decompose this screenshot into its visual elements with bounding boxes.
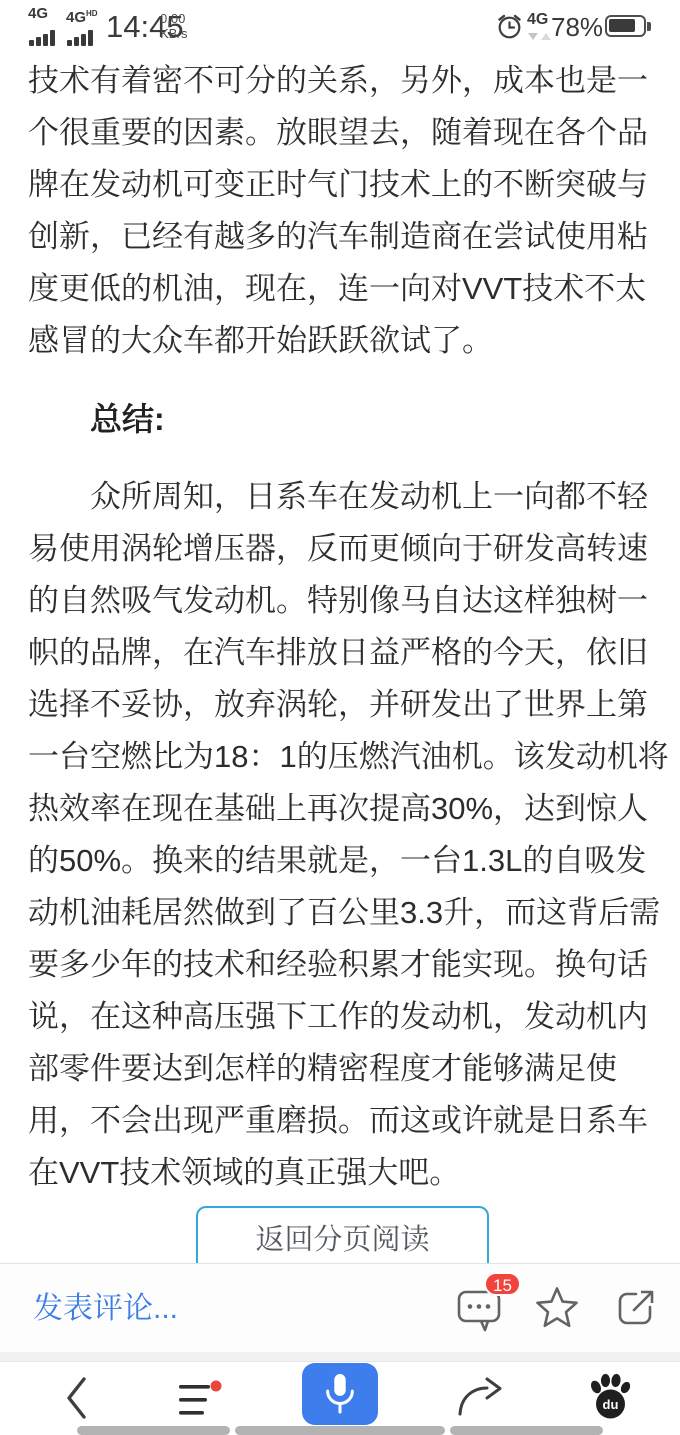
gesture-bar-right[interactable]: [450, 1426, 603, 1435]
favorite-star-icon[interactable]: [534, 1284, 580, 1335]
article-line: 帜的品牌，在汽车排放日益严格的今天，依旧: [28, 627, 652, 679]
paragraph-1: 技术有着密不可分的关系，另外，成本也是一 个很重要的因素。放眼望去，随着现在各个…: [28, 55, 652, 367]
article-line: 技术有着密不可分的关系，另外，成本也是一: [28, 55, 652, 107]
article-line: 一台空燃比为18：1的压燃汽油机。该发动机将: [28, 731, 652, 783]
hd-volte-label: HD: [86, 9, 98, 18]
article-line: 感冒的大众车都开始跃跃欲试了。: [28, 315, 652, 367]
bottom-navigation-bar: du: [0, 1361, 680, 1435]
baidu-home-button[interactable]: du: [586, 1373, 634, 1428]
data-network-label: 4G: [527, 11, 548, 29]
article-line: 部零件要达到怎样的精密程度才能够满足使: [28, 1043, 652, 1095]
article-line: 的自然吸气发动机。特别像马自达这样独树一: [28, 575, 652, 627]
share-external-icon[interactable]: [614, 1286, 658, 1335]
status-bar: 4G 4GHD 14:45 0.00 KB/s 4G 78%: [0, 0, 680, 55]
voice-search-button[interactable]: [302, 1363, 378, 1425]
menu-button[interactable]: [178, 1380, 224, 1425]
article-line: 热效率在现在基础上再次提高30%，达到惊人: [28, 783, 652, 835]
gesture-bar-center[interactable]: [235, 1426, 445, 1435]
article-line: 个很重要的因素。放眼望去，随着现在各个品: [28, 107, 652, 159]
sim1-signal-bars-icon: [29, 30, 57, 46]
menu-notification-dot: [211, 1381, 222, 1392]
battery-icon: [605, 15, 646, 37]
sim2-network-type: 4GHD: [66, 6, 98, 25]
sim2-signal-bars-icon: [67, 30, 95, 46]
battery-percent: 78%: [551, 12, 603, 43]
article-line: 要多少年的技术和经验积累才能实现。换句话: [28, 939, 652, 991]
sim2-signal: 4GHD: [66, 6, 98, 25]
network-speed: 0.00 KB/s: [160, 11, 187, 41]
microphone-icon: [321, 1371, 359, 1417]
paragraph-2: 众所周知，日系车在发动机上一向都不轻 易使用涡轮增压器，反而更倾向于研发高转速 …: [28, 471, 652, 1199]
sim1-signal: 4G: [28, 6, 48, 21]
forward-share-button[interactable]: [454, 1376, 506, 1425]
article-line: 的50%。换来的结果就是，一台1.3L的自吸发: [28, 835, 652, 887]
article-body: 技术有着密不可分的关系，另外，成本也是一 个很重要的因素。放眼望去，随着现在各个…: [28, 55, 652, 1199]
baidu-paw-icon: du: [586, 1373, 634, 1423]
article-line: 度更低的机油，现在，连一向对VVT技术不太: [28, 263, 652, 315]
network-speed-unit: KB/s: [160, 26, 187, 41]
article-line: 易使用涡轮增压器，反而更倾向于研发高转速: [28, 523, 652, 575]
article-line: 说，在这种高压强下工作的发动机，发动机内: [28, 991, 652, 1043]
toolbar-divider: [0, 1352, 680, 1361]
article-line: 选择不妥协，放弃涡轮，并研发出了世界上第: [28, 679, 652, 731]
comment-toolbar: 发表评论... 15: [0, 1263, 680, 1352]
article-line: 在VVT技术领域的真正强大吧。: [28, 1147, 652, 1199]
summary-heading: 总结:: [28, 393, 652, 445]
gesture-bar-left[interactable]: [77, 1426, 230, 1435]
comment-input[interactable]: 发表评论...: [33, 1264, 178, 1353]
article-line: 众所周知，日系车在发动机上一向都不轻: [28, 471, 652, 523]
network-speed-value: 0.00: [160, 11, 187, 26]
sim1-network-type: 4G: [28, 6, 48, 21]
article-line: 动机油耗居然做到了百公里3.3升，而这背后需: [28, 887, 652, 939]
comment-count-badge: 15: [484, 1272, 521, 1296]
article-line: 牌在发动机可变正时气门技术上的不断突破与: [28, 159, 652, 211]
back-button[interactable]: [62, 1374, 92, 1427]
article-line: 创新，已经有越多的汽车制造商在尝试使用粘: [28, 211, 652, 263]
svg-text:du: du: [603, 1397, 619, 1412]
article-line: 用，不会出现严重磨损。而这或许就是日系车: [28, 1095, 652, 1147]
alarm-clock-icon: [496, 13, 523, 45]
